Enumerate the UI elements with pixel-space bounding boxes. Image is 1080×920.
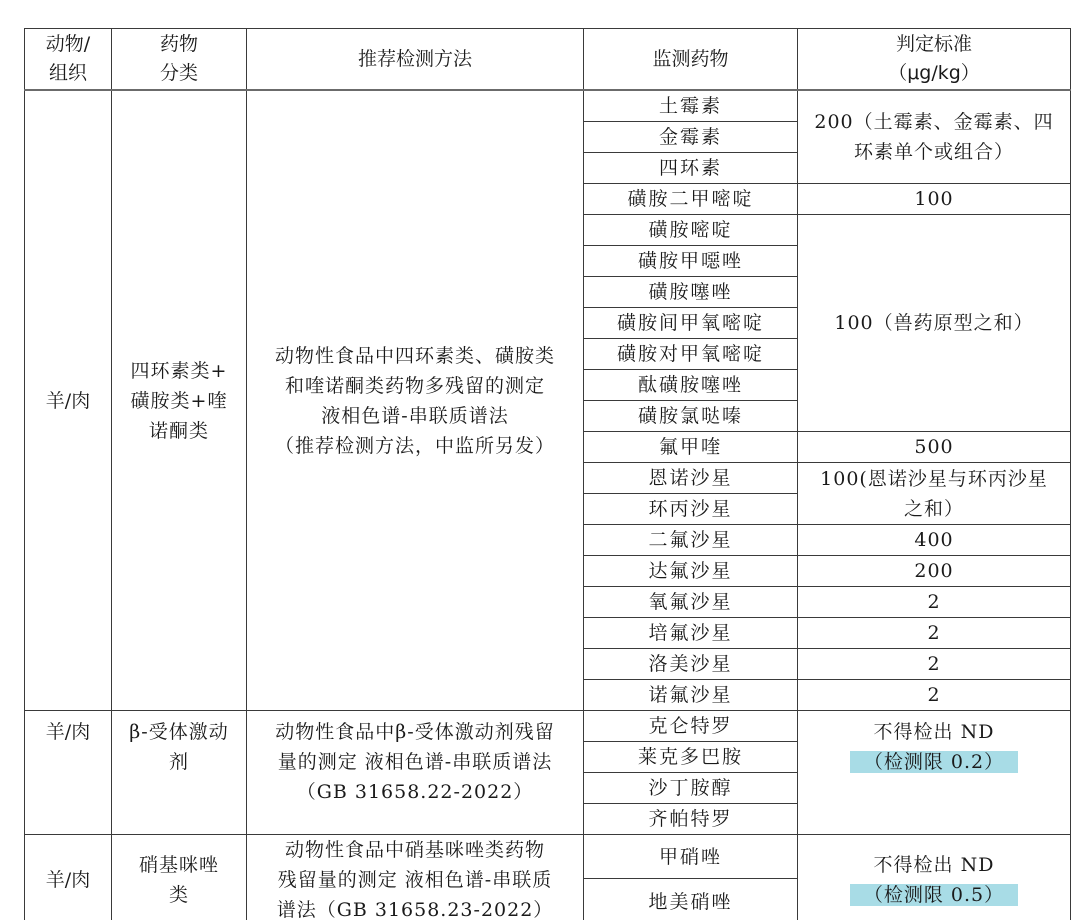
drug-cell: 环丙沙星 (584, 494, 798, 525)
drug-cell: 氧氟沙星 (584, 587, 798, 618)
drug-cell: 莱克多巴胺 (584, 742, 798, 773)
limit-cell: 200 (798, 556, 1071, 587)
drug-cell: 四环素 (584, 153, 798, 184)
drug-cell: 金霉素 (584, 122, 798, 153)
limit-cell: 500 (798, 432, 1071, 463)
animal-cell: 羊/肉 (25, 835, 112, 920)
detection-limit-highlight: （检测限 0.2） (850, 751, 1018, 773)
limit-cell: 100(恩诺沙星与环丙沙星之和） (798, 463, 1071, 525)
header-drug: 监测药物 (584, 29, 798, 91)
drug-cell: 培氟沙星 (584, 618, 798, 649)
drug-cell: 诺氟沙星 (584, 680, 798, 711)
drug-cell: 洛美沙星 (584, 649, 798, 680)
drug-cell: 磺胺对甲氧嘧啶 (584, 339, 798, 370)
limit-cell: 不得检出 ND （检测限 0.2） (798, 711, 1071, 835)
table-row: 羊/肉 四环素类+磺胺类+喹诺酮类 动物性食品中四环素类、磺胺类和喹诺酮类药物多… (25, 90, 1071, 122)
drug-cell: 沙丁胺醇 (584, 773, 798, 804)
drug-cell: 二氟沙星 (584, 525, 798, 556)
limit-cell: 400 (798, 525, 1071, 556)
limit-cell: 100（兽药原型之和） (798, 215, 1071, 432)
limit-cell: 2 (798, 649, 1071, 680)
header-limit: 判定标准（μg/kg） (798, 29, 1071, 91)
animal-cell: 羊/肉 (25, 90, 112, 711)
drug-cell: 甲硝唑 (584, 835, 798, 879)
drug-cell: 磺胺甲噁唑 (584, 246, 798, 277)
drug-cell: 氟甲喹 (584, 432, 798, 463)
drug-cell: 恩诺沙星 (584, 463, 798, 494)
header-class: 药物分类 (112, 29, 247, 91)
table-row: 羊/肉 β-受体激动剂 动物性食品中β-受体激动剂残留量的测定 液相色谱-串联质… (25, 711, 1071, 742)
drug-cell: 磺胺间甲氧嘧啶 (584, 308, 798, 339)
method-cell: 动物性食品中硝基咪唑类药物残留量的测定 液相色谱-串联质谱法（GB 31658.… (247, 835, 584, 920)
drug-cell: 磺胺氯哒嗪 (584, 401, 798, 432)
drug-class-cell: 硝基咪唑类 (112, 835, 247, 920)
drug-cell: 达氟沙星 (584, 556, 798, 587)
method-cell: 动物性食品中四环素类、磺胺类和喹诺酮类药物多残留的测定液相色谱-串联质谱法（推荐… (247, 90, 584, 711)
animal-cell: 羊/肉 (25, 711, 112, 835)
header-row: 动物/组织 药物分类 推荐检测方法 监测药物 判定标准（μg/kg） (25, 29, 1071, 91)
limit-cell: 200（土霉素、金霉素、四环素单个或组合） (798, 90, 1071, 184)
table-row: 羊/肉 硝基咪唑类 动物性食品中硝基咪唑类药物残留量的测定 液相色谱-串联质谱法… (25, 835, 1071, 879)
drug-class-cell: β-受体激动剂 (112, 711, 247, 835)
limit-cell: 不得检出 ND （检测限 0.5） (798, 835, 1071, 920)
method-cell: 动物性食品中β-受体激动剂残留量的测定 液相色谱-串联质谱法（GB 31658.… (247, 711, 584, 835)
limit-cell: 2 (798, 618, 1071, 649)
drug-cell: 磺胺噻唑 (584, 277, 798, 308)
drug-cell: 磺胺二甲嘧啶 (584, 184, 798, 215)
drug-class-cell: 四环素类+磺胺类+喹诺酮类 (112, 90, 247, 711)
drug-cell: 酞磺胺噻唑 (584, 370, 798, 401)
header-animal: 动物/组织 (25, 29, 112, 91)
drug-cell: 齐帕特罗 (584, 804, 798, 835)
limit-cell: 100 (798, 184, 1071, 215)
limit-cell: 2 (798, 587, 1071, 618)
limit-cell: 2 (798, 680, 1071, 711)
header-method: 推荐检测方法 (247, 29, 584, 91)
residue-standards-table: 动物/组织 药物分类 推荐检测方法 监测药物 判定标准（μg/kg） 羊/肉 四… (24, 28, 1071, 920)
drug-cell: 克仑特罗 (584, 711, 798, 742)
detection-limit-highlight: （检测限 0.5） (850, 884, 1018, 906)
drug-cell: 磺胺嘧啶 (584, 215, 798, 246)
drug-cell: 土霉素 (584, 90, 798, 122)
drug-cell: 地美硝唑 (584, 879, 798, 920)
